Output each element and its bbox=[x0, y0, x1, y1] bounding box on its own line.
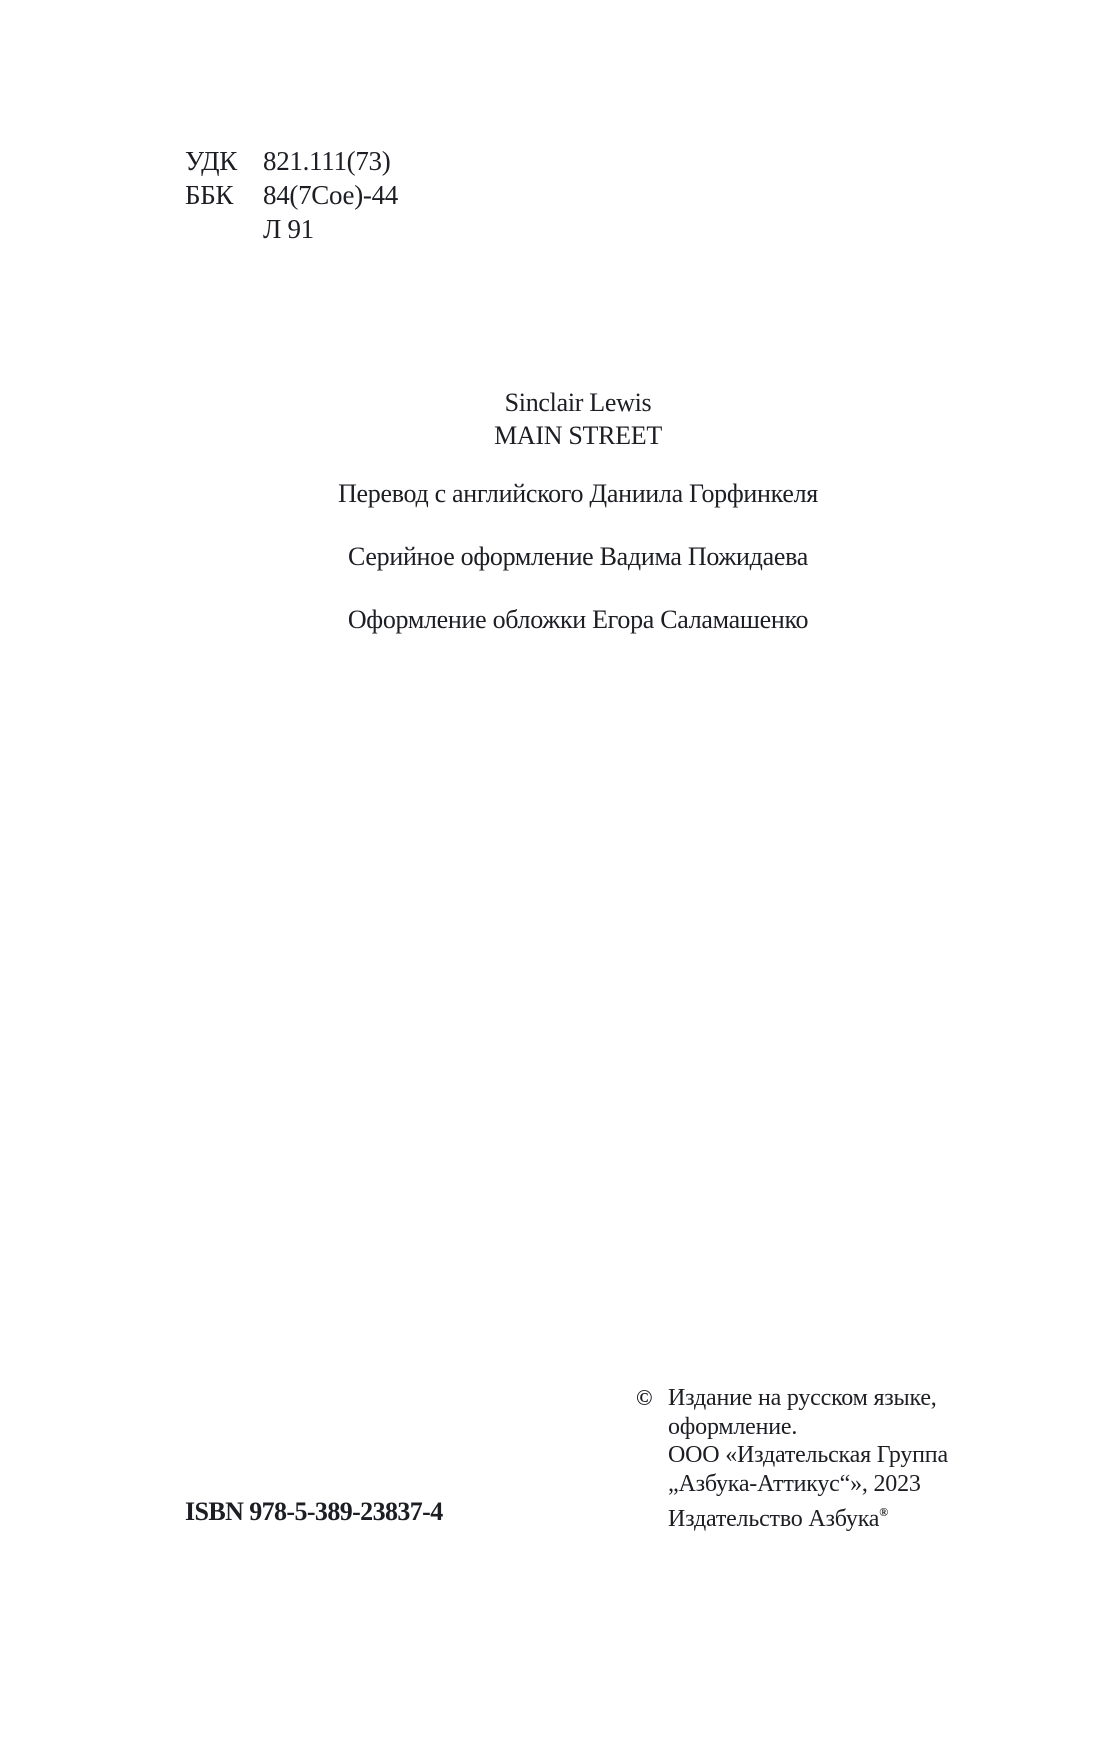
original-title: MAIN STREET bbox=[0, 419, 1100, 453]
registered-trademark-icon: ® bbox=[879, 1505, 888, 1519]
copyright-line: „Азбука-Аттикус“», 2023 bbox=[668, 1470, 948, 1499]
copyright-line: оформление. bbox=[668, 1413, 948, 1442]
publisher-name: Издательство Азбука bbox=[668, 1506, 879, 1532]
isbn: ISBN 978-5-389-23837-4 bbox=[185, 1497, 443, 1527]
udc-value: 821.111(73) bbox=[263, 144, 390, 178]
udc-row: УДК 821.111(73) bbox=[185, 144, 398, 178]
bbk-label: ББК bbox=[185, 178, 263, 212]
author-mark-row: Л 91 bbox=[185, 212, 398, 246]
bbk-value: 84(7Сое)-44 bbox=[263, 178, 398, 212]
cover-design-credit: Оформление обложки Егора Саламашенко bbox=[0, 603, 1100, 637]
copyright-text: Издание на русском языке, оформление. ОО… bbox=[668, 1384, 948, 1527]
bbk-row: ББК 84(7Сое)-44 bbox=[185, 178, 398, 212]
original-author: Sinclair Lewis bbox=[0, 386, 1100, 420]
author-mark-value: Л 91 bbox=[263, 212, 314, 246]
imprint-page: УДК 821.111(73) ББК 84(7Сое)-44 Л 91 Sin… bbox=[0, 0, 1100, 1742]
copyright-line: ООО «Издательская Группа bbox=[668, 1441, 948, 1470]
author-mark-label bbox=[185, 212, 263, 246]
copyright-icon: © bbox=[636, 1384, 652, 1413]
classification-block: УДК 821.111(73) ББК 84(7Сое)-44 Л 91 bbox=[185, 144, 398, 246]
copyright-block: © Издание на русском языке, оформление. … bbox=[636, 1384, 948, 1527]
copyright-line: Издание на русском языке, bbox=[668, 1384, 948, 1413]
series-design-credit: Серийное оформление Вадима Пожидаева bbox=[0, 540, 1100, 574]
udc-label: УДК bbox=[185, 144, 263, 178]
copyright-line-publisher: Издательство Азбука® bbox=[668, 1498, 948, 1527]
translator-credit: Перевод с английского Даниила Горфинкеля bbox=[0, 477, 1100, 511]
